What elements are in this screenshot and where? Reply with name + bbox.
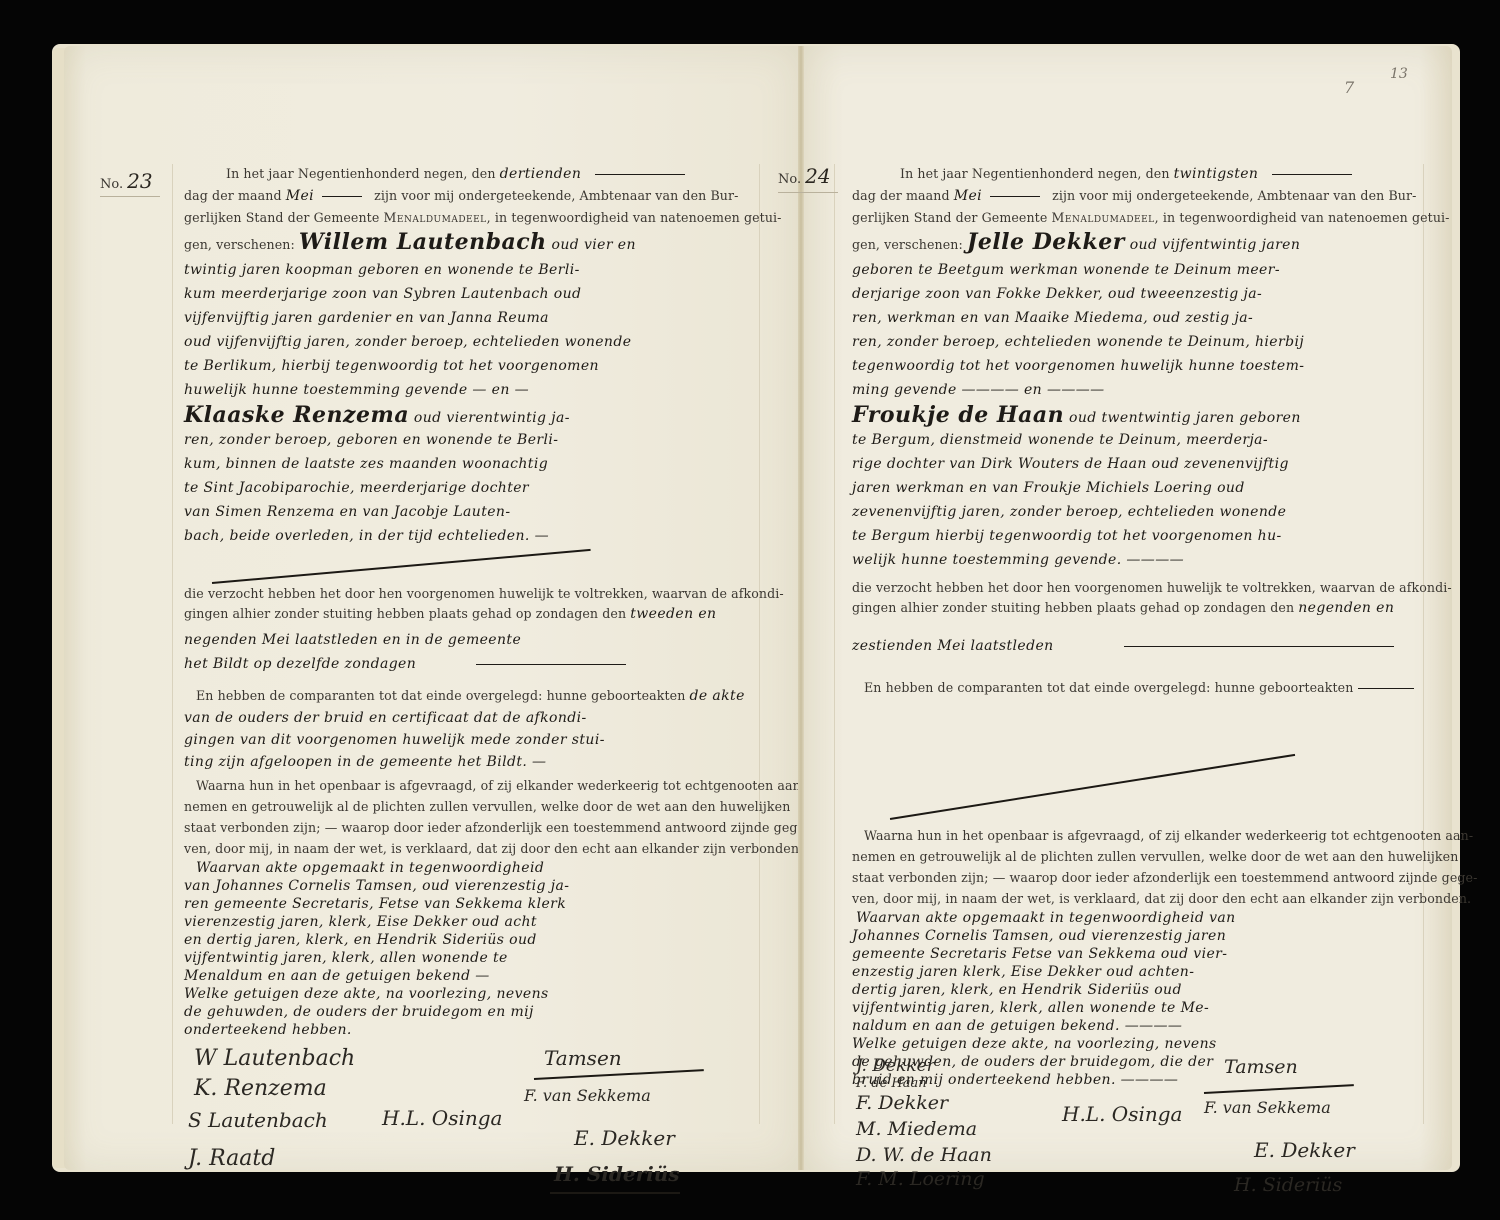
entry-number-label: No. <box>778 172 801 187</box>
month-value: Mei <box>954 188 982 204</box>
left-page: No.23 In het jaar Negentienhonderd negen… <box>64 46 800 1170</box>
signature: E. Dekker <box>574 1126 675 1150</box>
groom-name: Willem Lautenbach <box>299 229 547 255</box>
declaration-line: ven, door mij, in naam der wet, is verkl… <box>184 841 803 856</box>
signature: H. Sideriüs <box>554 1162 680 1186</box>
signature: Tamsen <box>544 1046 622 1070</box>
declaration-line: staat verbonden zijn; — waarop door iede… <box>852 870 1477 885</box>
bride-line: te Bergum, dienstmeid wonende te Deinum,… <box>852 432 1268 448</box>
intro-line-1: In het jaar Negentienhonderd negen, den … <box>900 166 1352 182</box>
intro-line-1: In het jaar Negentienhonderd negen, den … <box>226 166 685 182</box>
bride-line: zevenenvijftig jaren, zonder beroep, ech… <box>852 504 1286 520</box>
bride-line: ren, zonder beroep, geboren en wonende t… <box>184 432 558 448</box>
signature: F. M. Loering <box>856 1168 985 1190</box>
intro-line-4: gen, verschenen: Willem Lautenbach oud v… <box>184 229 636 255</box>
declaration-line: staat verbonden zijn; — waarop door iede… <box>184 820 809 835</box>
divider <box>778 192 838 193</box>
groom-line: vijfenvijftig jaren gardenier en van Jan… <box>184 310 549 326</box>
bride-line: kum, binnen de laatste zes maanden woona… <box>184 456 548 472</box>
documents-hand: van de ouders der bruid en certificaat d… <box>184 710 587 726</box>
signature: K. Renzema <box>194 1076 327 1101</box>
witness-line: ren gemeente Secretaris, Fetse van Sekke… <box>184 896 566 912</box>
declaration-line: Waarna hun in het openbaar is afgevraagd… <box>864 828 1473 843</box>
declaration-line: nemen en getrouwelijk al de plichten zul… <box>852 849 1458 864</box>
municipality: Menaldumadeel <box>384 210 487 225</box>
entry-number-value: 24 <box>805 164 830 188</box>
documents-hand: gingen van dit voorgenomen huwelijk mede… <box>184 732 605 748</box>
witness-line: Welke getuigen deze akte, na voorlezing,… <box>852 1036 1217 1052</box>
witness-line: de gehuwden, de ouders der bruidegom en … <box>184 1004 534 1020</box>
groom-line: oud vijfenvijftig jaren, zonder beroep, … <box>184 334 631 350</box>
groom-line: ren, zonder beroep, echtelieden wonende … <box>852 334 1304 350</box>
bride-line: jaren werkman en van Froukje Michiels Lo… <box>852 480 1245 496</box>
publication-hand: negenden Mei laatstleden en in de gemeen… <box>184 632 521 648</box>
month-value: Mei <box>286 188 314 204</box>
bride-line: welijk hunne toestemming gevende. ———— <box>852 552 1184 568</box>
documents-line: En hebben de comparanten tot dat einde o… <box>196 688 745 704</box>
witness-line: vijfentwintig jaren, klerk, allen wonend… <box>852 1000 1209 1016</box>
intro-line-2: dag der maand Mei zijn voor mij onderget… <box>184 188 739 204</box>
bride-line-1: Froukje de Haan oud twentwintig jaren ge… <box>852 402 1301 428</box>
groom-line: twintig jaren koopman geboren en wonende… <box>184 262 580 278</box>
groom-line: huwelijk hunne toestemming gevende — en … <box>184 382 529 398</box>
bride-line: van Simen Renzema en van Jacobje Lauten- <box>184 504 510 520</box>
witness-line: Menaldum en aan de getuigen bekend — <box>184 968 490 984</box>
witness-line: onderteekend hebben. <box>184 1022 352 1038</box>
municipality: Menaldumadeel <box>1052 210 1155 225</box>
signature: J. Raatd <box>188 1146 275 1171</box>
signature: W Lautenbach <box>194 1046 355 1071</box>
intro-line-4: gen, verschenen: Jelle Dekker oud vijfen… <box>852 229 1300 255</box>
intro-line-3: gerlijken Stand der Gemeente Menaldumade… <box>184 210 782 225</box>
groom-line: geboren te Beetgum werkman wonende te De… <box>852 262 1280 278</box>
entry-number: No.24 <box>778 164 831 188</box>
bride-line: te Bergum hierbij tegenwoordig tot het v… <box>852 528 1282 544</box>
signature: J. Dekker <box>856 1056 935 1076</box>
intro-line-2: dag der maand Mei zijn voor mij onderget… <box>852 188 1417 204</box>
bride-line-1: Klaaske Renzema oud vierentwintig ja- <box>184 402 570 428</box>
signature: H. Sideriüs <box>1234 1174 1342 1196</box>
publication-line: die verzocht hebben het door hen voorgen… <box>852 580 1452 595</box>
publication-line: gingen alhier zonder stuiting hebben pla… <box>852 600 1394 616</box>
open-register-book: No.23 In het jaar Negentienhonderd negen… <box>52 44 1460 1172</box>
publication-hand: het Bildt op dezelfde zondagen <box>184 656 626 672</box>
witness-line: Welke getuigen deze akte, na voorlezing,… <box>184 986 549 1002</box>
publication-line: gingen alhier zonder stuiting hebben pla… <box>184 606 716 622</box>
signature: F. de Haan <box>856 1076 927 1091</box>
divider <box>100 196 160 197</box>
signature: F. Dekker <box>856 1092 948 1114</box>
groom-line: ming gevende ———— en ———— <box>852 382 1105 398</box>
groom-name: Jelle Dekker <box>967 229 1125 255</box>
bride-line: bach, beide overleden, in der tijd echte… <box>184 528 549 544</box>
declaration-line: ven, door mij, in naam der wet, is verkl… <box>852 891 1471 906</box>
bride-name: Klaaske Renzema <box>184 402 409 428</box>
signature: S Lautenbach <box>188 1108 328 1132</box>
witness-line: vierenzestig jaren, klerk, Eise Dekker o… <box>184 914 537 930</box>
signature: Tamsen <box>1224 1056 1298 1078</box>
witness-line: Waarvan akte opgemaakt in tegenwoordighe… <box>856 910 1236 926</box>
documents-hand: ting zijn afgeloopen in de gemeente het … <box>184 754 546 770</box>
groom-line: kum meerderjarige zoon van Sybren Lauten… <box>184 286 581 302</box>
publication-hand: zestienden Mei laatstleden <box>852 638 1394 654</box>
witness-line: Waarvan akte opgemaakt in tegenwoordighe… <box>196 860 544 876</box>
groom-line: te Berlikum, hierbij tegenwoordig tot he… <box>184 358 599 374</box>
folio-mark: 7 <box>1344 78 1354 97</box>
witness-line: gemeente Secretaris Fetse van Sekkema ou… <box>852 946 1227 962</box>
signature: M. Miedema <box>856 1118 977 1140</box>
witness-line: van Johannes Cornelis Tamsen, oud vieren… <box>184 878 569 894</box>
signature: D. W. de Haan <box>856 1144 992 1166</box>
publication-line: die verzocht hebben het door hen voorgen… <box>184 586 784 601</box>
witness-line: naldum en aan de getuigen bekend. ———— <box>852 1018 1182 1034</box>
witness-line: dertig jaren, klerk, en Hendrik Sideriüs… <box>852 982 1182 998</box>
bride-line: rige dochter van Dirk Wouters de Haan ou… <box>852 456 1289 472</box>
intro-line-3: gerlijken Stand der Gemeente Menaldumade… <box>852 210 1450 225</box>
declaration-line: Waarna hun in het openbaar is afgevraagd… <box>196 778 805 793</box>
folio-number: 13 <box>1390 66 1408 82</box>
witness-line: enzestig jaren klerk, Eise Dekker oud ac… <box>852 964 1194 980</box>
witness-line: en dertig jaren, klerk, en Hendrik Sider… <box>184 932 537 948</box>
bride-name: Froukje de Haan <box>852 402 1064 428</box>
signature: H.L. Osinga <box>1062 1102 1182 1126</box>
documents-line: En hebben de comparanten tot dat einde o… <box>864 680 1414 695</box>
groom-line: ren, werkman en van Maaike Miedema, oud … <box>852 310 1253 326</box>
bride-line: te Sint Jacobiparochie, meerderjarige do… <box>184 480 529 496</box>
signature: F. van Sekkema <box>524 1086 651 1105</box>
groom-line: derjarige zoon van Fokke Dekker, oud twe… <box>852 286 1262 302</box>
day-value: dertienden <box>500 166 582 182</box>
right-page: 13 7 No.24 In het jaar Negentienhonderd … <box>804 46 1452 1170</box>
entry-number-label: No. <box>100 177 123 192</box>
signature: F. van Sekkema <box>1204 1098 1331 1117</box>
signature-underline <box>550 1192 680 1194</box>
day-value: twintigsten <box>1174 166 1259 182</box>
signature: H.L. Osinga <box>382 1106 502 1130</box>
declaration-line: nemen en getrouwelijk al de plichten zul… <box>184 799 790 814</box>
signature: E. Dekker <box>1254 1138 1355 1162</box>
groom-line: tegenwoordig tot het voorgenomen huwelij… <box>852 358 1304 374</box>
witness-line: vijfentwintig jaren, klerk, allen wonend… <box>184 950 508 966</box>
entry-number: No.23 <box>100 169 153 193</box>
witness-line: Johannes Cornelis Tamsen, oud vierenzest… <box>852 928 1226 944</box>
entry-number-value: 23 <box>127 169 152 193</box>
